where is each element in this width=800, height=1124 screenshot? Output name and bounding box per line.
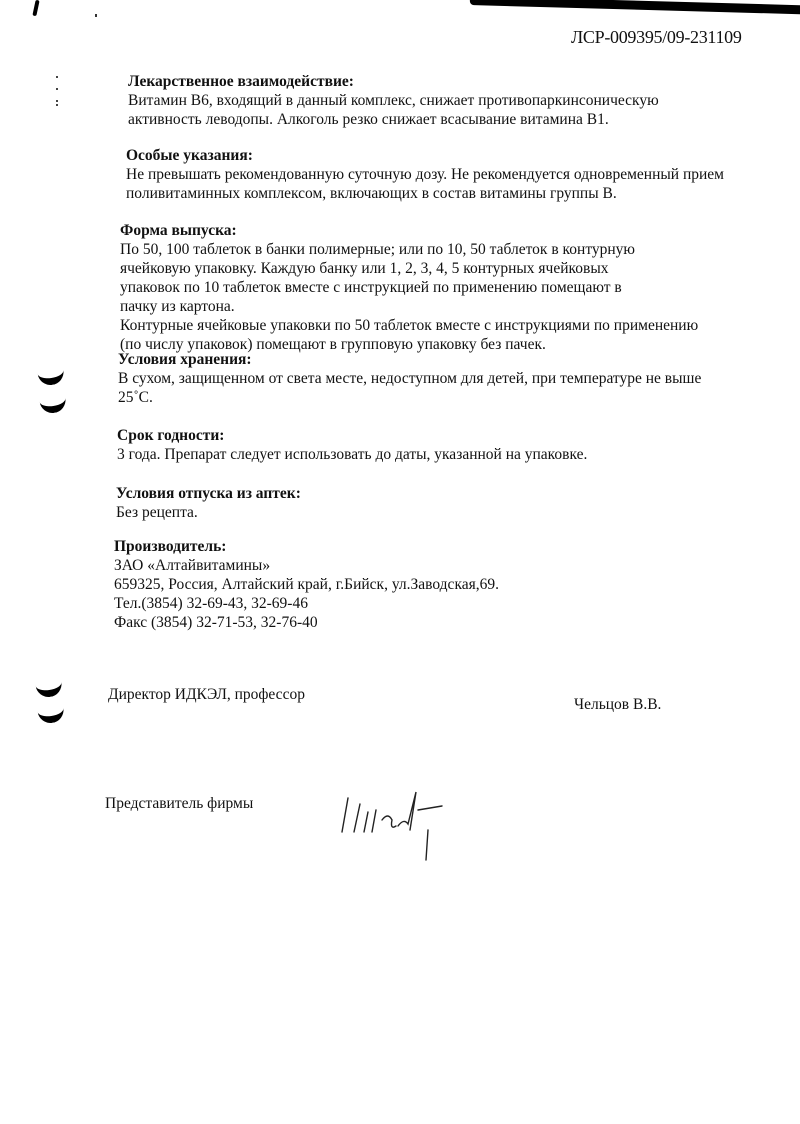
section-drug-interactions: Лекарственное взаимодействие: Витамин B6… <box>128 72 688 129</box>
registration-number: ЛСР-009395/09-231109 <box>571 27 742 48</box>
speck <box>95 14 97 17</box>
section-heading: Условия хранения: <box>118 350 758 369</box>
section-line: активность леводопы. Алкоголь резко сниж… <box>128 110 688 129</box>
section-release-form: Форма выпуска: По 50, 100 таблеток в бан… <box>120 221 760 354</box>
section-dispensing-conditions: Условия отпуска из аптек: Без рецепта. <box>116 484 756 522</box>
punch-hole-mark <box>39 392 67 414</box>
section-line: 25˚С. <box>118 388 758 407</box>
section-manufacturer: Производитель: ЗАО «Алтайвитамины» 65932… <box>114 537 754 632</box>
margin-speck <box>56 104 58 106</box>
section-heading: Лекарственное взаимодействие: <box>128 72 688 91</box>
section-line: По 50, 100 таблеток в банки полимерные; … <box>120 240 685 259</box>
pen-mark <box>32 0 39 16</box>
scanned-document-page: ЛСР-009395/09-231109 Лекарственное взаим… <box>0 0 800 1124</box>
section-line: Не превышать рекомендованную суточную до… <box>126 165 766 184</box>
section-heading: Особые указания: <box>126 146 766 165</box>
manufacturer-fax: Факс (3854) 32-71-53, 32-76-40 <box>114 613 754 632</box>
manufacturer-name: ЗАО «Алтайвитамины» <box>114 556 754 575</box>
section-heading: Срок годности: <box>117 426 757 445</box>
section-line: 3 года. Препарат следует использовать до… <box>117 445 757 464</box>
manufacturer-address: 659325, Россия, Алтайский край, г.Бийск,… <box>114 575 754 594</box>
handwritten-signature <box>338 790 478 870</box>
manufacturer-phone: Тел.(3854) 32-69-43, 32-69-46 <box>114 594 754 613</box>
director-name: Чельцов В.В. <box>574 696 661 714</box>
section-special-instructions: Особые указания: Не превышать рекомендов… <box>126 146 766 203</box>
section-line: В сухом, защищенном от света месте, недо… <box>118 369 758 388</box>
representative-title: Представитель фирмы <box>105 795 253 813</box>
section-line: Без рецепта. <box>116 503 756 522</box>
punch-hole-mark <box>35 676 63 698</box>
punch-hole-mark <box>37 702 65 724</box>
section-line: пачку из картона. <box>120 297 760 316</box>
section-heading: Форма выпуска: <box>120 221 760 240</box>
section-line: поливитаминных комплексом, включающих в … <box>126 184 766 203</box>
section-line: упаковок по 10 таблеток вместе с инструк… <box>120 278 685 297</box>
section-line: Витамин B6, входящий в данный комплекс, … <box>128 91 688 110</box>
section-heading: Производитель: <box>114 537 754 556</box>
director-title: Директор ИДКЭЛ, профессор <box>108 686 305 704</box>
section-storage-conditions: Условия хранения: В сухом, защищенном от… <box>118 350 758 407</box>
section-line: Контурные ячейковые упаковки по 50 табле… <box>120 316 760 335</box>
punch-hole-mark <box>37 364 65 386</box>
section-line: ячейковую упаковку. Каждую банку или 1, … <box>120 259 685 278</box>
section-heading: Условия отпуска из аптек: <box>116 484 756 503</box>
margin-speck <box>56 88 58 90</box>
section-shelf-life: Срок годности: 3 года. Препарат следует … <box>117 426 757 464</box>
margin-speck <box>56 100 58 102</box>
margin-speck <box>56 76 58 78</box>
scan-edge-shadow <box>470 0 800 15</box>
